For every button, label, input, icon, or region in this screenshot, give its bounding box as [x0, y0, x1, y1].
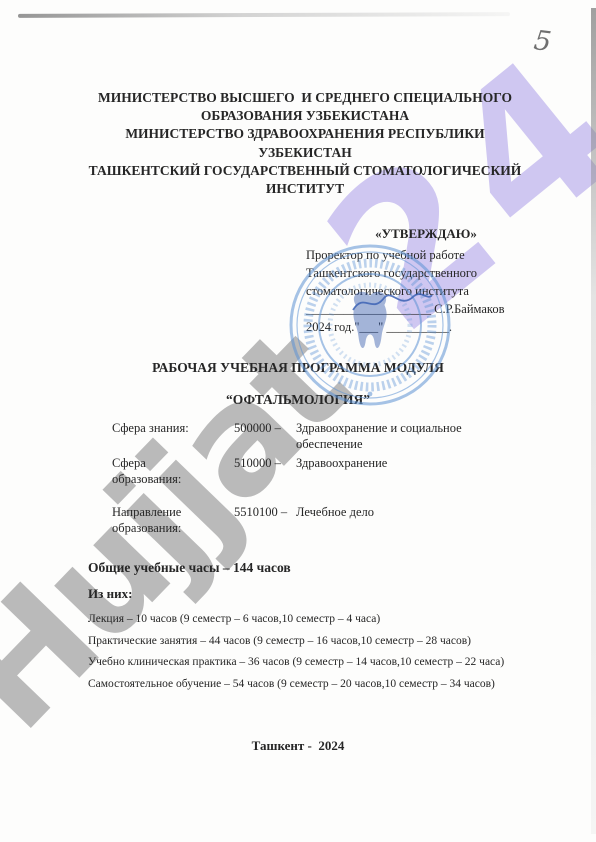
- header-line: ОБРАЗОВАНИЯ УЗБЕКИСТАНА: [50, 107, 560, 125]
- hours-breakdown-line: Лекция – 10 часов (9 семестр – 6 часов,1…: [88, 609, 568, 631]
- header-line: МИНИСТЕРСТВО ЗДРАВООХРАНЕНИЯ РЕСПУБЛИКИ: [50, 125, 560, 143]
- round-seal-stamp: [282, 237, 458, 413]
- header-line: ТАШКЕНТСКИЙ ГОСУДАРСТВЕННЫЙ СТОМАТОЛОГИЧ…: [50, 162, 560, 180]
- classification-table: Сфера знания: 500000 – Здравоохранение и…: [112, 420, 532, 536]
- scan-artifact-top-edge: [18, 12, 510, 18]
- row-label: Направление образования:: [112, 504, 217, 536]
- row-code: 510000 –: [234, 455, 296, 487]
- row-code: 5510100 –: [234, 504, 296, 536]
- hours-breakdown-line: Практические занятия – 44 часов (9 семес…: [88, 631, 568, 653]
- row-label: Сфера образования:: [112, 455, 217, 487]
- hours-breakdown-line: Учебно клиническая практика – 36 часов (…: [88, 652, 568, 674]
- scan-artifact-right-edge: [591, 8, 596, 834]
- classification-row: Направление образования: 5510100 – Лечеб…: [112, 504, 532, 536]
- row-value: Здравоохранение: [296, 455, 492, 487]
- ministry-header: МИНИСТЕРСТВО ВЫСШЕГО И СРЕДНЕГО СПЕЦИАЛЬ…: [50, 89, 560, 198]
- row-value: Лечебное дело: [296, 504, 492, 536]
- header-line: ИНСТИТУТ: [50, 180, 560, 198]
- header-line: МИНИСТЕРСТВО ВЫСШЕГО И СРЕДНЕГО СПЕЦИАЛЬ…: [50, 89, 560, 107]
- page-number-handwritten: 5: [532, 25, 553, 58]
- study-hours-section: Общие учебные часы – 144 часов Из них: Л…: [88, 560, 568, 695]
- classification-row: Сфера образования: 510000 – Здравоохране…: [112, 455, 532, 487]
- row-value: Здравоохранение и социальное обеспечение: [296, 420, 492, 452]
- header-line: УЗБЕКИСТАН: [50, 144, 560, 162]
- scanned-document-page: Hujjat 24 МИНИСТЕРСТВО ВЫСШЕГО И СРЕДНЕГ…: [0, 0, 596, 842]
- signature-scribble: [350, 288, 436, 318]
- row-code: 500000 –: [234, 420, 296, 452]
- footer-city-year: Ташкент - 2024: [0, 738, 596, 754]
- row-label: Сфера знания:: [112, 420, 217, 452]
- hours-breakdown-line: Самостоятельное обучение – 54 часов (9 с…: [88, 674, 568, 696]
- hours-subheading: Из них:: [88, 586, 568, 602]
- total-hours-heading: Общие учебные часы – 144 часов: [88, 560, 568, 576]
- classification-row: Сфера знания: 500000 – Здравоохранение и…: [112, 420, 532, 452]
